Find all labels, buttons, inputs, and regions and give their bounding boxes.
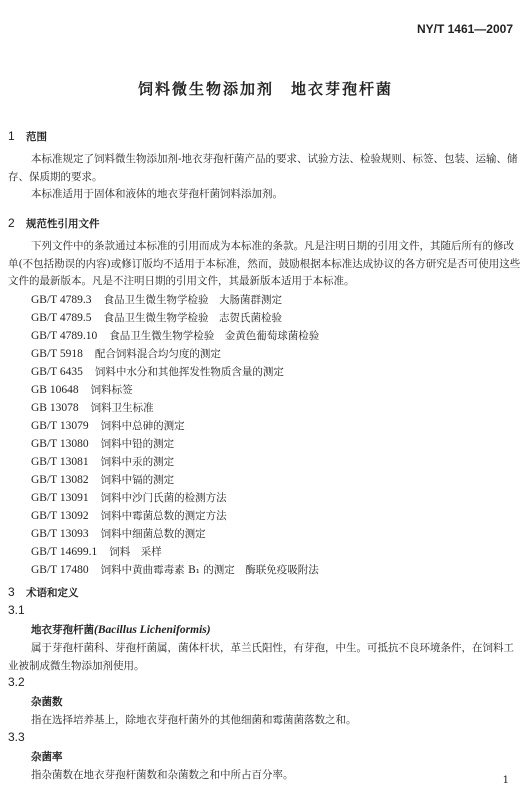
section-number: 3 xyxy=(8,585,26,599)
reference-item: GB/T 13093饲料中细菌总数的测定 xyxy=(31,526,206,541)
reference-item: GB/T 13082饲料中镉的测定 xyxy=(31,472,174,487)
section-title: 规范性引用文件 xyxy=(26,218,100,230)
reference-item: GB/T 5918配合饲料混合均匀度的测定 xyxy=(31,346,221,361)
section-3-heading: 3术语和定义 xyxy=(8,585,79,600)
reference-item: GB/T 13091饲料中沙门氏菌的检测方法 xyxy=(31,490,227,505)
section-title: 范围 xyxy=(26,131,47,143)
term-latin-name: (Bacillus Licheniformis) xyxy=(94,624,211,636)
page-number: 1 xyxy=(503,775,509,786)
term-definition: 指在选择培养基上，除地衣芽孢杆菌外的其他细菌和霉菌菌落数之和。 xyxy=(31,712,357,727)
reference-item: GB/T 13079饲料中总砷的测定 xyxy=(31,418,185,433)
reference-item: GB/T 6435饲料中水分和其他挥发性物质含量的测定 xyxy=(31,364,284,379)
term-heading: 杂菌率 xyxy=(31,749,63,764)
section-number: 2 xyxy=(8,216,26,230)
reference-item: GB/T 4789.5食品卫生微生物学检验 志贺氏菌检验 xyxy=(31,310,282,325)
term-definition: 属于芽孢杆菌科、芽孢杆菌属，菌体杆状，革兰氏阳性，有芽孢，中生。可抵抗不良环境条… xyxy=(8,640,523,675)
section-1-paragraph-1: 本标准规定了饲料微生物添加剂-地衣芽孢杆菌产品的要求、试验方法、检验规则、标签、… xyxy=(8,151,523,186)
reference-item: GB/T 4789.3食品卫生微生物学检验 大肠菌群测定 xyxy=(31,292,282,307)
reference-item: GB 13078饲料卫生标准 xyxy=(31,400,154,415)
section-1-paragraph-2: 本标准适用于固体和液体的地衣芽孢杆菌饲料添加剂。 xyxy=(8,186,523,204)
term-number: 3.1 xyxy=(8,603,25,617)
term-number: 3.2 xyxy=(8,675,25,689)
reference-item: GB/T 13092饲料中霉菌总数的测定方法 xyxy=(31,508,227,523)
section-title: 术语和定义 xyxy=(26,587,79,599)
reference-item: GB 10648饲料标签 xyxy=(31,382,133,397)
reference-item: GB/T 13080饲料中铅的测定 xyxy=(31,436,174,451)
standard-code: NY/T 1461—2007 xyxy=(417,22,513,36)
term-definition: 指杂菌数在地衣芽孢杆菌数和杂菌数之和中所占百分率。 xyxy=(31,767,294,782)
section-2-paragraph: 下列文件中的条款通过本标准的引用而成为本标准的条款。凡是注明日期的引用文件，其随… xyxy=(8,238,523,291)
section-2-heading: 2规范性引用文件 xyxy=(8,216,100,231)
term-number: 3.3 xyxy=(8,730,25,744)
reference-item: GB/T 17480饲料中黄曲霉毒素 B₁ 的测定 酶联免疫吸附法 xyxy=(31,562,319,577)
section-1-heading: 1范围 xyxy=(8,129,47,144)
document-title: 饲料微生物添加剂 地衣芽孢杆菌 xyxy=(0,78,531,99)
reference-item: GB/T 13081饲料中汞的测定 xyxy=(31,454,174,469)
reference-item: GB/T 4789.10食品卫生微生物学检验 金黄色葡萄球菌检验 xyxy=(31,328,319,343)
term-heading: 杂菌数 xyxy=(31,694,63,709)
reference-item: GB/T 14699.1饲料 采样 xyxy=(31,544,162,559)
term-heading: 地衣芽孢杆菌(Bacillus Licheniformis) xyxy=(31,622,211,637)
section-number: 1 xyxy=(8,129,26,143)
